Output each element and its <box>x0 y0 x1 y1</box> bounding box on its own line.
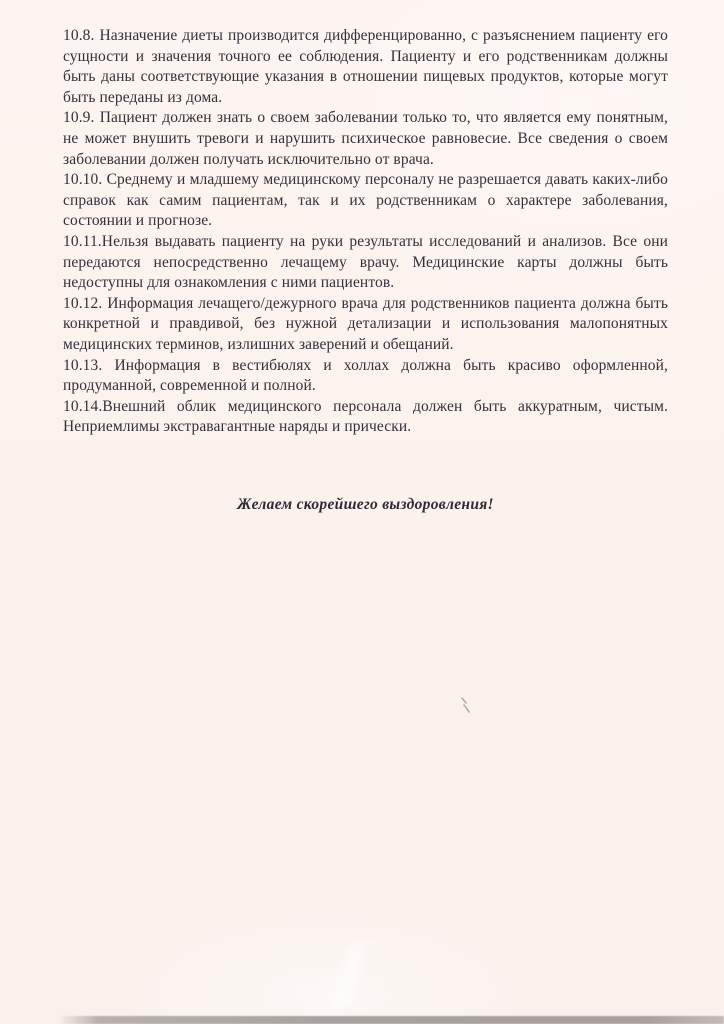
paper-crease <box>246 928 453 1022</box>
scan-smudge-mark <box>459 696 473 714</box>
paragraph-number: 10.12. <box>63 295 102 312</box>
scanner-edge-shadow <box>58 1016 724 1024</box>
paragraph-10-14: 10.14.Внешний облик медицинского персона… <box>63 397 668 438</box>
paragraph-number: 10.11. <box>63 233 102 250</box>
paragraph-text: Информация лечащего/дежурного врача для … <box>63 295 668 353</box>
paragraph-10-12: 10.12. Информация лечащего/дежурного вра… <box>63 294 668 356</box>
paragraph-10-11: 10.11.Нельзя выдавать пациенту на руки р… <box>63 232 668 294</box>
document-body: 10.8. Назначение диеты производится дифф… <box>63 26 668 514</box>
paragraph-text: Информация в вестибюлях и холлах должна … <box>63 357 668 395</box>
paragraph-10-9: 10.9. Пациент должен знать о своем забол… <box>63 108 668 170</box>
paragraph-10-10: 10.10. Среднему и младшему медицинскому … <box>63 170 668 232</box>
paragraph-number: 10.10. <box>63 171 102 188</box>
paragraph-10-13: 10.13. Информация в вестибюлях и холлах … <box>63 356 668 397</box>
paragraph-text: Нельзя выдавать пациенту на руки результ… <box>63 233 668 291</box>
closing-wish: Желаем скорейшего выздоровления! <box>63 496 668 514</box>
paragraph-number: 10.14. <box>63 398 102 415</box>
paragraph-text: Среднему и младшему медицинскому персона… <box>63 171 668 229</box>
scanned-document-page: 10.8. Назначение диеты производится дифф… <box>0 0 724 1024</box>
paragraph-number: 10.8. <box>63 27 95 44</box>
paragraph-number: 10.13. <box>63 357 102 374</box>
paragraph-10-8: 10.8. Назначение диеты производится дифф… <box>63 26 668 108</box>
paragraph-text: Пациент должен знать о своем заболевании… <box>63 109 668 167</box>
paragraph-text: Внешний облик медицинского персонала дол… <box>63 398 668 436</box>
paragraph-number: 10.9. <box>63 109 95 126</box>
paragraph-text: Назначение диеты производится дифференци… <box>63 27 668 106</box>
